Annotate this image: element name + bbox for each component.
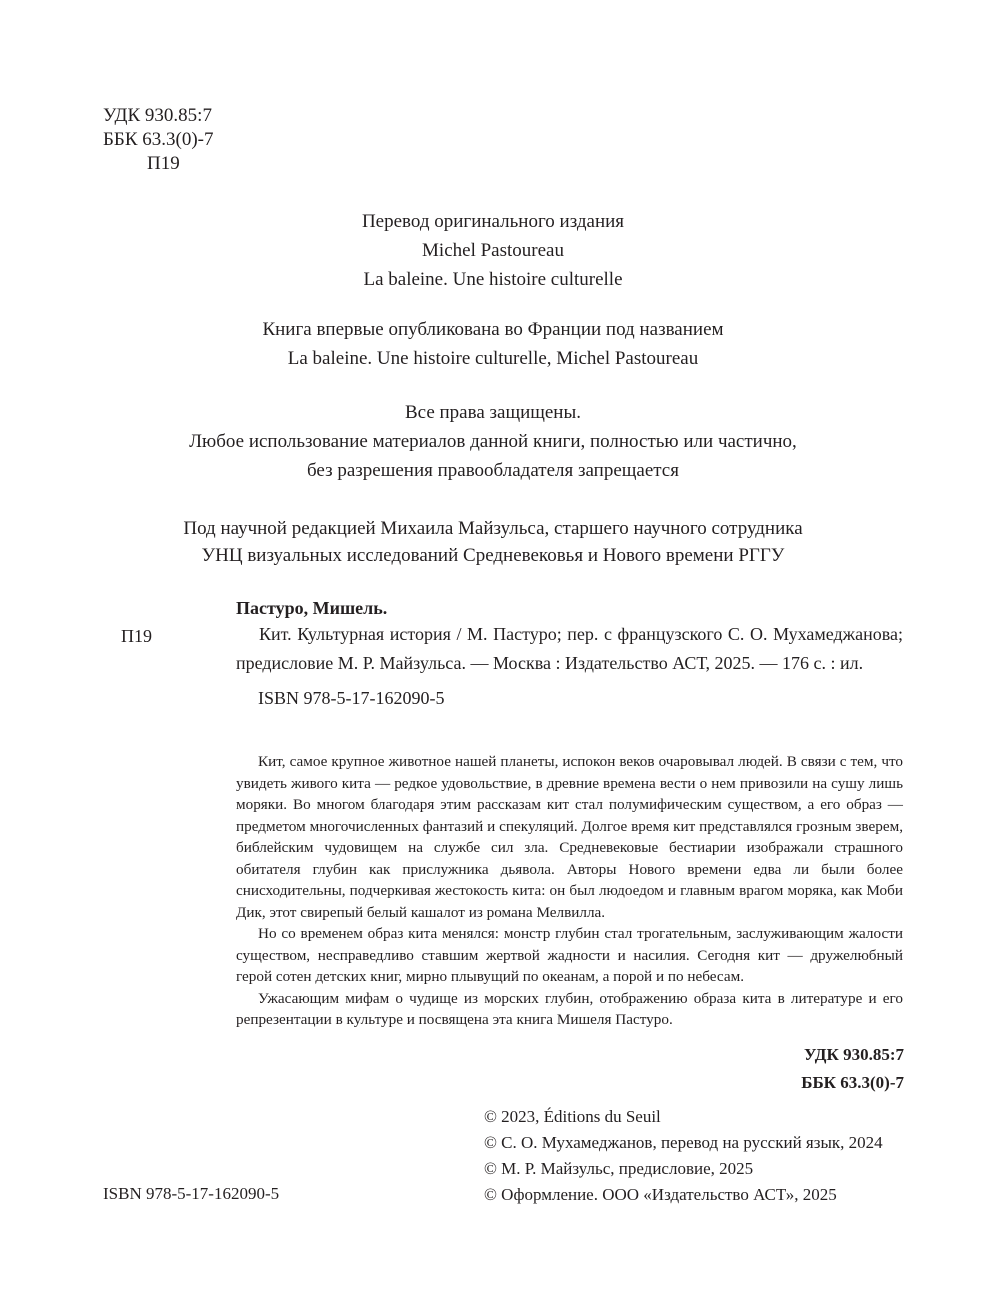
bibliographic-author-sign: П19 bbox=[121, 624, 152, 648]
annotation-paragraph: Но со временем образ кита менялся: монст… bbox=[236, 923, 903, 988]
classification-codes: УДК 930.85:7 ББК 63.3(0)-7 П19 bbox=[103, 104, 213, 176]
copyright-line: © Оформление. ООО «Издательство АСТ», 20… bbox=[484, 1182, 883, 1208]
copyright-line: © 2023, Éditions du Seuil bbox=[484, 1104, 883, 1130]
footer-classification-codes: УДК 930.85:7 ББК 63.3(0)-7 bbox=[801, 1041, 904, 1097]
original-edition-line: Перевод оригинального издания bbox=[0, 207, 986, 236]
annotation-paragraph: Ужасающим мифам о чудище из морских глуб… bbox=[236, 988, 903, 1031]
rights-line: без разрешения правообладателя запрещает… bbox=[0, 456, 986, 485]
footer-bbk-code: ББК 63.3(0)-7 bbox=[801, 1069, 904, 1097]
copyright-line: © М. Р. Майзульс, предисловие, 2025 bbox=[484, 1156, 883, 1182]
scientific-editor-block: Под научной редакцией Михаила Майзульса,… bbox=[0, 515, 986, 569]
original-author: Michel Pastoureau bbox=[0, 236, 986, 265]
first-published-title: La baleine. Une histoire culturelle, Mic… bbox=[0, 344, 986, 373]
bibliographic-author: Пастуро, Мишель. bbox=[236, 596, 387, 620]
copyright-list: © 2023, Éditions du Seuil © С. О. Мухаме… bbox=[484, 1104, 883, 1208]
annotation: Кит, самое крупное животное нашей планет… bbox=[236, 751, 903, 1031]
bibliographic-description: Кит. Культурная история / М. Пастуро; пе… bbox=[236, 620, 903, 678]
author-sign: П19 bbox=[103, 152, 213, 176]
bibliographic-isbn: ISBN 978-5-17-162090-5 bbox=[258, 686, 445, 710]
first-published-block: Книга впервые опубликована во Франции по… bbox=[0, 315, 986, 373]
rights-line: Любое использование материалов данной кн… bbox=[0, 427, 986, 456]
annotation-paragraph: Кит, самое крупное животное нашей планет… bbox=[236, 751, 903, 923]
first-published-line: Книга впервые опубликована во Франции по… bbox=[0, 315, 986, 344]
editor-line: УНЦ визуальных исследований Средневековь… bbox=[0, 542, 986, 569]
bbk-code: ББК 63.3(0)-7 bbox=[103, 128, 213, 152]
footer-udk-code: УДК 930.85:7 bbox=[801, 1041, 904, 1069]
udk-code: УДК 930.85:7 bbox=[103, 104, 213, 128]
bibliographic-description-text: Кит. Культурная история / М. Пастуро; пе… bbox=[236, 624, 903, 673]
rights-line: Все права защищены. bbox=[0, 398, 986, 427]
editor-line: Под научной редакцией Михаила Майзульса,… bbox=[0, 515, 986, 542]
original-title: La baleine. Une histoire culturelle bbox=[0, 265, 986, 294]
copyright-line: © С. О. Мухамеджанов, перевод на русский… bbox=[484, 1130, 883, 1156]
rights-block: Все права защищены. Любое использование … bbox=[0, 398, 986, 485]
original-edition-block: Перевод оригинального издания Michel Pas… bbox=[0, 207, 986, 294]
footer-isbn: ISBN 978-5-17-162090-5 bbox=[103, 1182, 279, 1206]
